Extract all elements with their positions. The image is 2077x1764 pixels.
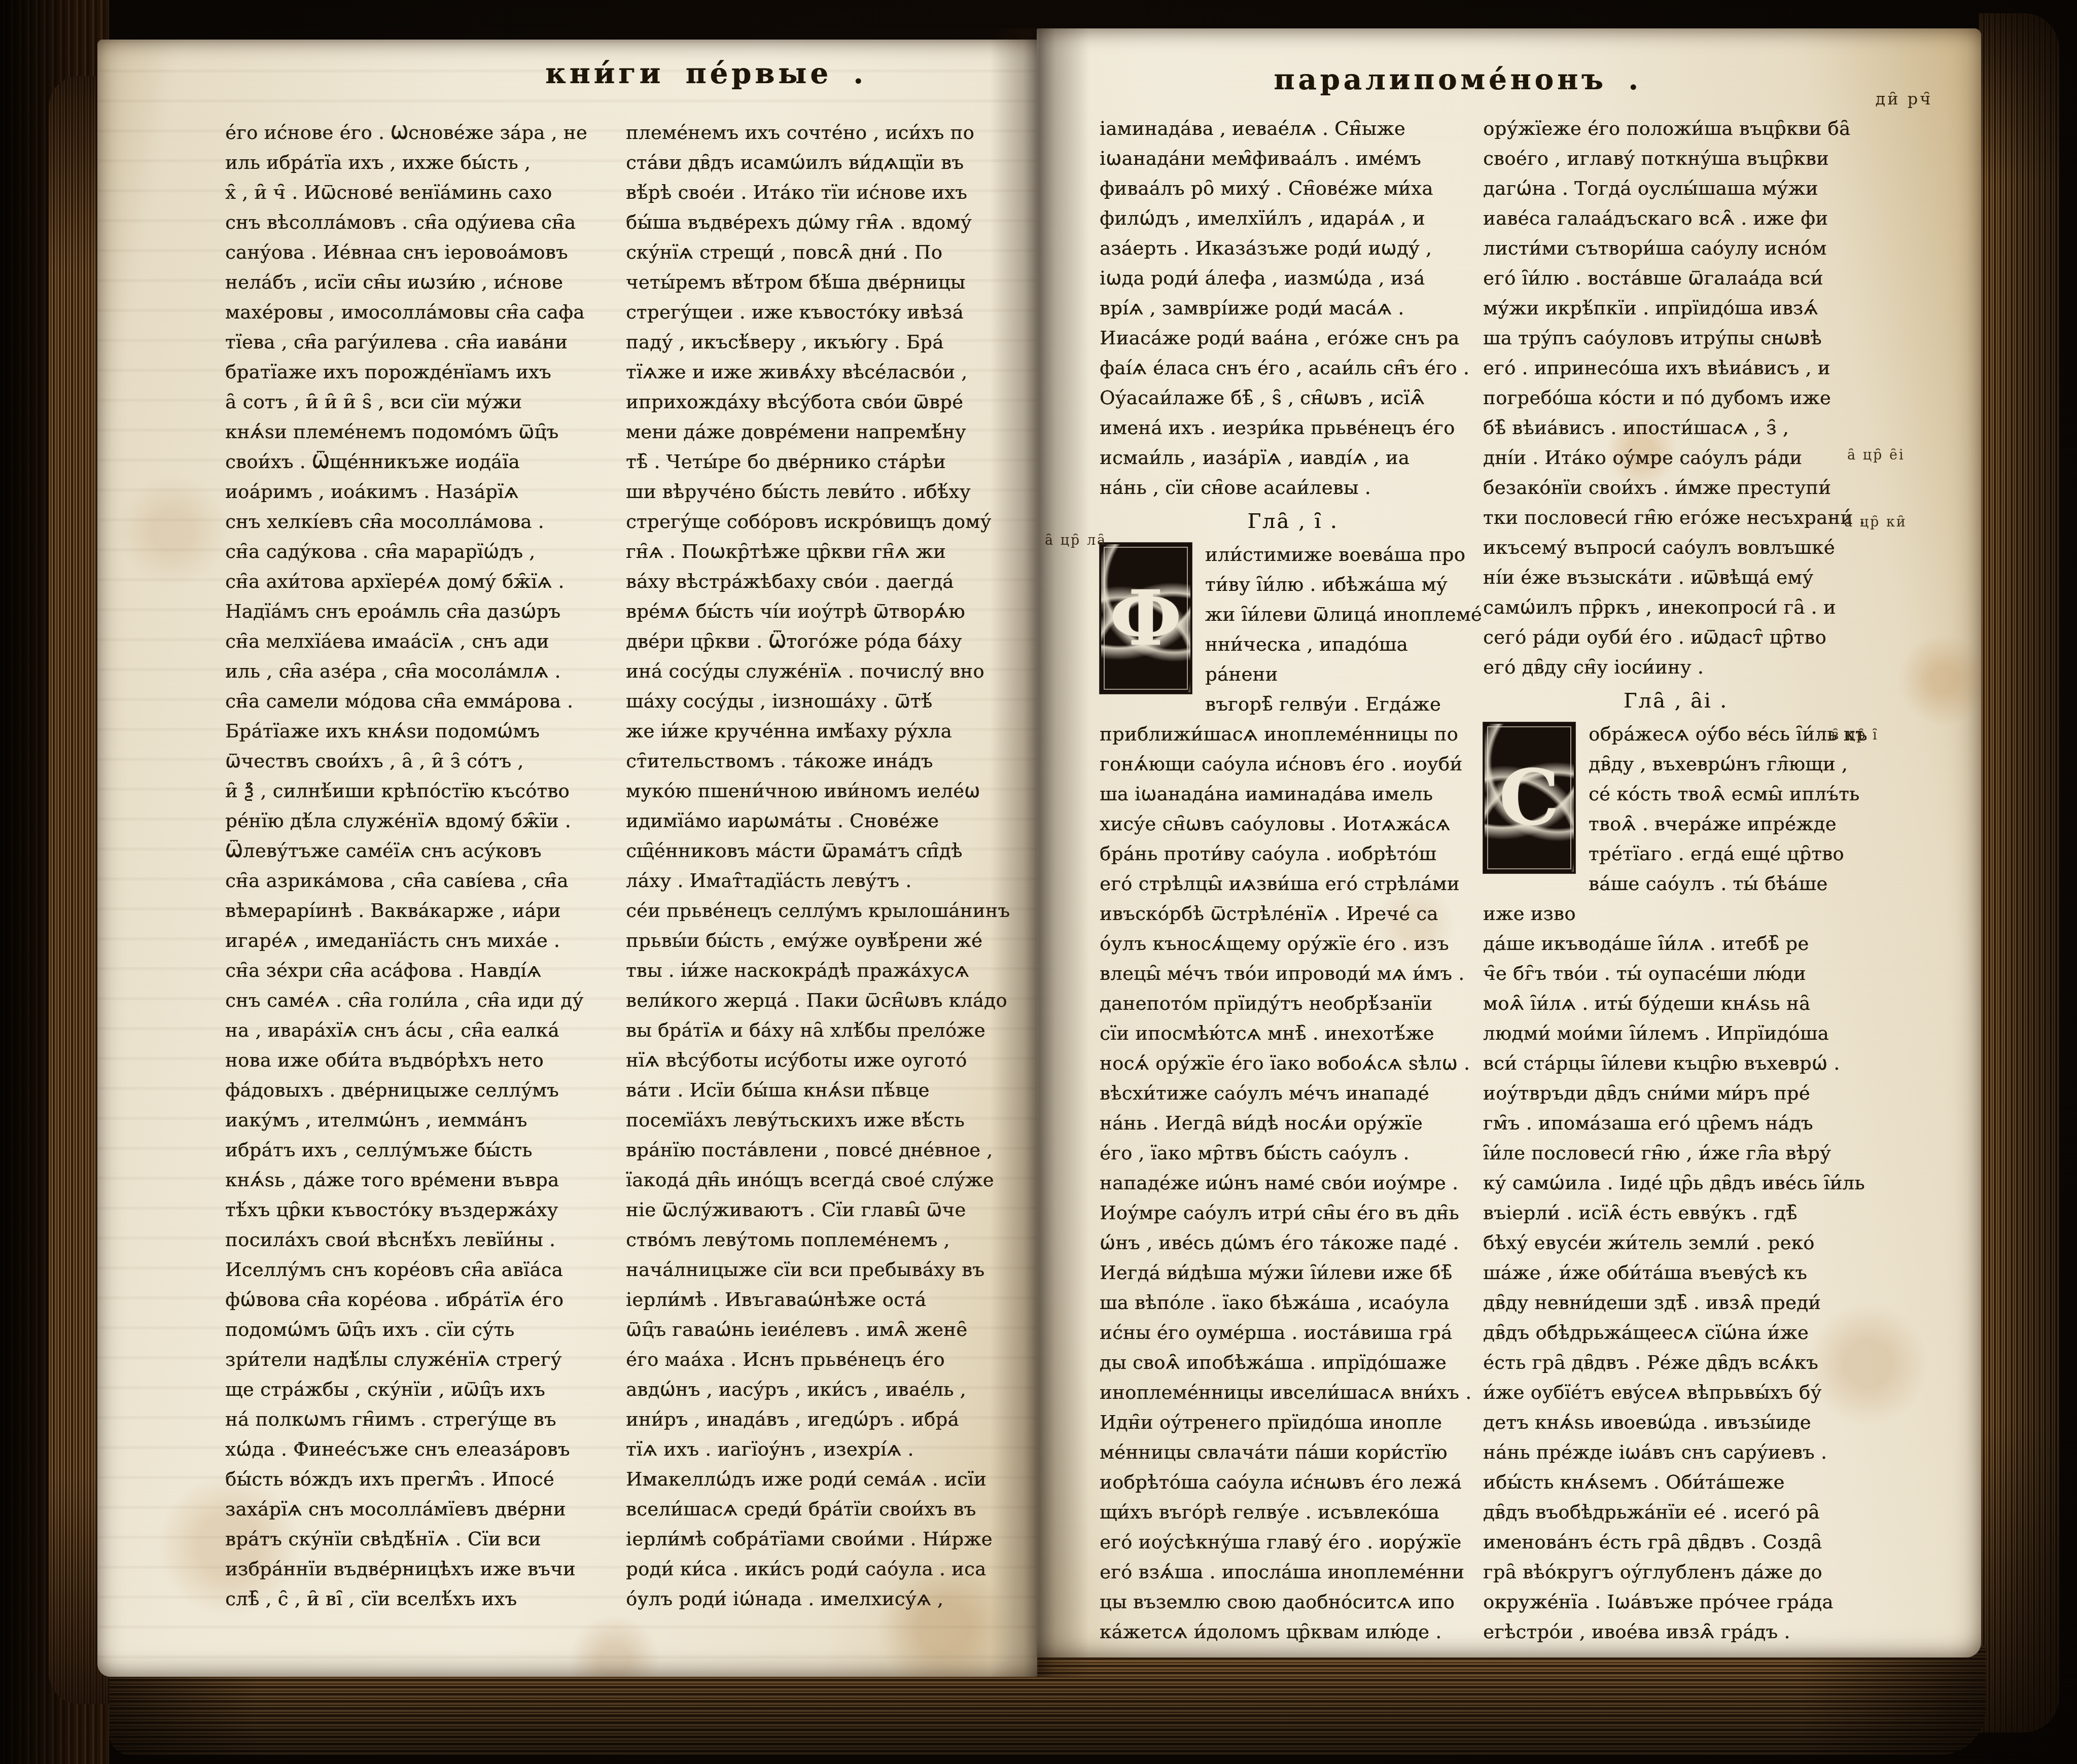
drop-cap-letter: С bbox=[1499, 760, 1560, 836]
book-photograph: { "book": { "description": "Open early-p… bbox=[0, 0, 2077, 1764]
chapter-11-opening: С обра́жесѧ оу́бо ве́сь і̑и́ль къ дв̑ду … bbox=[1483, 719, 1869, 869]
chapter-initial-woodcut: Ф bbox=[1100, 543, 1192, 694]
running-head-right: паралипоме́нонъ . bbox=[1255, 63, 1661, 96]
text-column-2: племе́немъ ихъ сочте́но , иси́хъ по ста́… bbox=[626, 118, 1029, 1614]
column-4-text-before: ору́жїеже е́го положи́ша въцр̑кви ба̑ св… bbox=[1483, 114, 1869, 682]
column-3-text-before: іаминада́ва , иевае́лѧ . Сн̑ыже іѡанада́… bbox=[1100, 114, 1486, 503]
chapter-heading-11: Гла̑ , а̑і . bbox=[1483, 682, 1869, 719]
column-4-text-after: ва́ше сао́улъ . ты́ бѣа́ше иже изво да́ш… bbox=[1483, 869, 1869, 1647]
text-column-3: іаминада́ва , иевае́лѧ . Сн̑ыже іѡанада́… bbox=[1100, 114, 1486, 1647]
margin-note-reference: а̑ цр̑ ки̑ bbox=[1844, 514, 1907, 530]
chapter-heading-10: Гла̑ , і̑ . bbox=[1100, 503, 1486, 540]
margin-note-reference: в̑ цр̑ і̑ bbox=[1831, 727, 1879, 743]
drop-cap-letter: Ф bbox=[1110, 580, 1182, 656]
text-column-1: е́го ис́нове е́го . Ѡснове́же за́ра , не… bbox=[225, 118, 626, 1614]
margin-note-reference: а̑ цр̑ е̑і bbox=[1847, 447, 1905, 463]
margin-note-reference: а̑ цр̑ ла̑ bbox=[1045, 533, 1107, 548]
chapter-10-opening: Ф или́стимиже воева́ша про ти́ву і̑и́лю … bbox=[1100, 540, 1486, 719]
text-column-4: ору́жїеже е́го положи́ша въцр̑кви ба̑ св… bbox=[1483, 114, 1869, 1647]
column-3-text-after: приближи́шасѧ иноплеме́нницы по гонѧ́ющи… bbox=[1100, 719, 1486, 1647]
folio-mark: ди̑ рч̑ bbox=[1843, 89, 1965, 109]
chapter-initial-woodcut: С bbox=[1483, 722, 1575, 873]
page-block-edge-right bbox=[1979, 13, 2059, 1733]
running-head-left: кни́ги пе́рвые . bbox=[447, 57, 965, 90]
right-page: паралипоме́нонъ . ди̑ рч̑ іаминада́ва , … bbox=[1037, 28, 1981, 1657]
left-page: кни́ги пе́рвые . е́го ис́нове е́го . Ѡсн… bbox=[97, 40, 1037, 1677]
